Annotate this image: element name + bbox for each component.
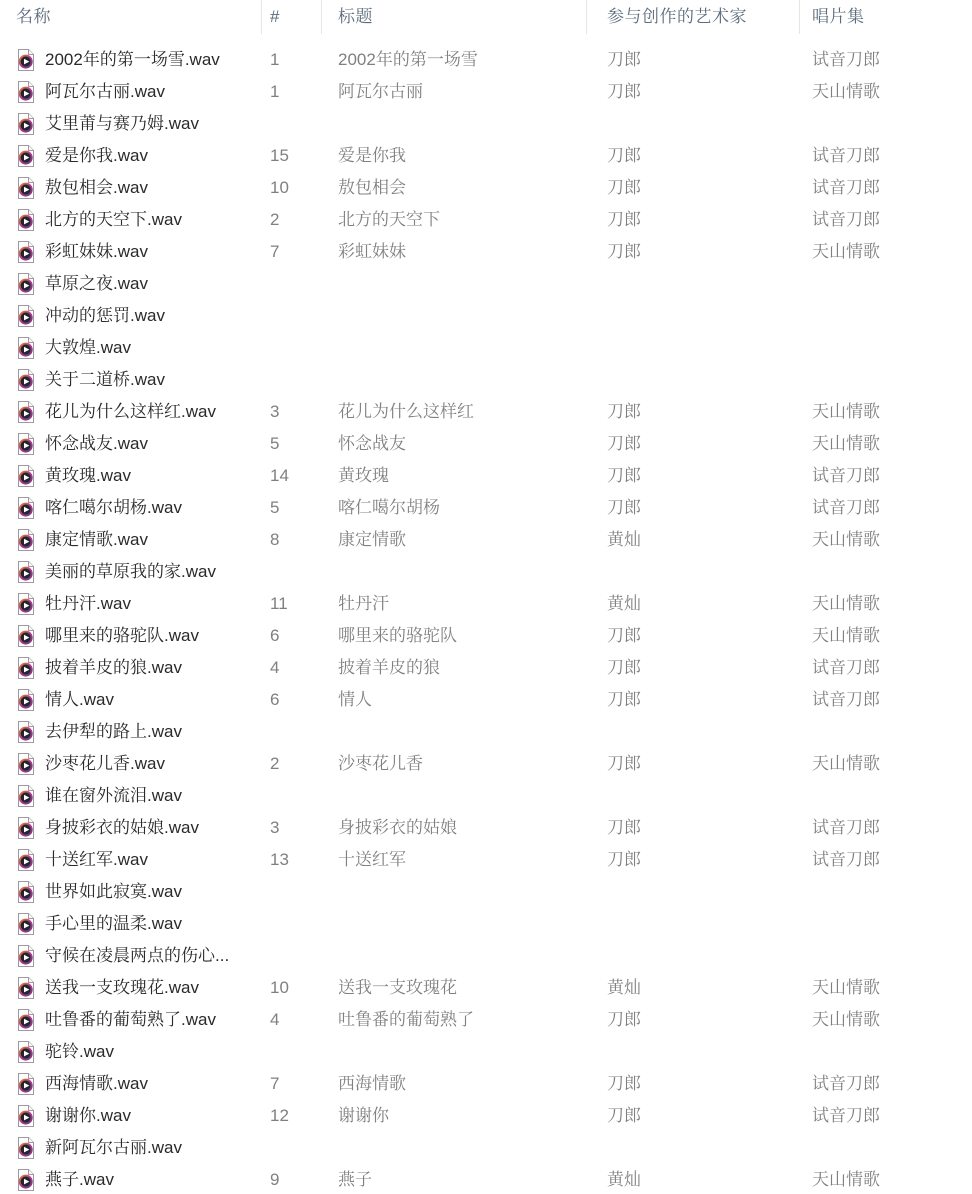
table-row[interactable]: 艾里莆与赛乃姆.wav	[0, 108, 972, 140]
song-album: 天山情歌	[800, 1164, 972, 1194]
song-artist	[587, 556, 800, 588]
song-title: 怀念战友	[322, 428, 587, 460]
song-artist	[587, 1036, 800, 1068]
song-album: 试音刀郎	[800, 1100, 972, 1132]
file-name: 十送红军.wav	[45, 844, 148, 876]
track-number: 5	[262, 492, 322, 524]
wav-audio-file-icon	[16, 304, 36, 328]
song-artist	[587, 268, 800, 300]
song-artist: 刀郎	[587, 396, 800, 428]
column-header-name[interactable]: 名称	[0, 0, 262, 34]
song-artist: 刀郎	[587, 812, 800, 844]
song-title: 喀仁噶尔胡杨	[322, 492, 587, 524]
table-row[interactable]: 吐鲁番的葡萄熟了.wav 4 吐鲁番的葡萄熟了 刀郎 天山情歌	[0, 1004, 972, 1036]
track-number: 10	[262, 172, 322, 204]
file-name: 燕子.wav	[45, 1164, 114, 1194]
track-number: 1	[262, 76, 322, 108]
file-name: 情人.wav	[45, 684, 114, 716]
track-number: 6	[262, 620, 322, 652]
song-title	[322, 876, 587, 908]
track-number	[262, 108, 322, 140]
track-number	[262, 364, 322, 396]
song-album: 试音刀郎	[800, 812, 972, 844]
table-row[interactable]: 喀仁噶尔胡杨.wav 5 喀仁噶尔胡杨 刀郎 试音刀郎	[0, 492, 972, 524]
song-artist	[587, 300, 800, 332]
song-artist	[587, 332, 800, 364]
song-title: 爱是你我	[322, 140, 587, 172]
file-name: 阿瓦尔古丽.wav	[45, 76, 165, 108]
track-number	[262, 908, 322, 940]
song-artist: 刀郎	[587, 428, 800, 460]
song-title: 送我一支玫瑰花	[322, 972, 587, 1004]
track-number: 2	[262, 748, 322, 780]
table-row[interactable]: 关于二道桥.wav	[0, 364, 972, 396]
track-number	[262, 780, 322, 812]
song-album	[800, 364, 972, 396]
song-album	[800, 332, 972, 364]
song-title: 黄玫瑰	[322, 460, 587, 492]
table-row[interactable]: 彩虹妹妹.wav 7 彩虹妹妹 刀郎 天山情歌	[0, 236, 972, 268]
song-artist: 刀郎	[587, 236, 800, 268]
song-title	[322, 1132, 587, 1164]
song-album: 试音刀郎	[800, 204, 972, 236]
file-name: 2002年的第一场雪.wav	[45, 44, 220, 76]
song-artist: 刀郎	[587, 620, 800, 652]
wav-audio-file-icon	[16, 688, 36, 712]
file-name: 新阿瓦尔古丽.wav	[45, 1132, 182, 1164]
file-name: 去伊犁的路上.wav	[45, 716, 182, 748]
table-row[interactable]: 大敦煌.wav	[0, 332, 972, 364]
song-title	[322, 1036, 587, 1068]
song-title: 哪里来的骆驼队	[322, 620, 587, 652]
song-artist: 黄灿	[587, 1164, 800, 1194]
file-name: 牡丹汗.wav	[45, 588, 131, 620]
song-album: 试音刀郎	[800, 652, 972, 684]
wav-audio-file-icon	[16, 560, 36, 584]
table-row[interactable]: 黄玫瑰.wav 14 黄玫瑰 刀郎 试音刀郎	[0, 460, 972, 492]
file-name: 敖包相会.wav	[45, 172, 148, 204]
track-number	[262, 716, 322, 748]
song-title: 情人	[322, 684, 587, 716]
song-artist	[587, 364, 800, 396]
track-number	[262, 1132, 322, 1164]
file-name: 冲动的惩罚.wav	[45, 300, 165, 332]
track-number: 8	[262, 524, 322, 556]
table-row[interactable]: 新阿瓦尔古丽.wav	[0, 1132, 972, 1164]
song-album	[800, 1132, 972, 1164]
file-name: 北方的天空下.wav	[45, 204, 182, 236]
file-name: 吐鲁番的葡萄熟了.wav	[45, 1004, 216, 1036]
song-artist	[587, 108, 800, 140]
table-row[interactable]: 草原之夜.wav	[0, 268, 972, 300]
table-row[interactable]: 送我一支玫瑰花.wav 10 送我一支玫瑰花 黄灿 天山情歌	[0, 972, 972, 1004]
song-album	[800, 556, 972, 588]
track-number	[262, 300, 322, 332]
wav-audio-file-icon	[16, 400, 36, 424]
song-title	[322, 300, 587, 332]
song-title	[322, 332, 587, 364]
wav-audio-file-icon	[16, 496, 36, 520]
song-artist	[587, 908, 800, 940]
wav-audio-file-icon	[16, 1040, 36, 1064]
file-name: 驼铃.wav	[45, 1036, 114, 1068]
file-name: 西海情歌.wav	[45, 1068, 148, 1100]
wav-audio-file-icon	[16, 1168, 36, 1192]
table-row[interactable]: 怀念战友.wav 5 怀念战友 刀郎 天山情歌	[0, 428, 972, 460]
song-artist: 黄灿	[587, 588, 800, 620]
column-header-album[interactable]: 唱片集	[800, 0, 972, 34]
song-artist: 刀郎	[587, 140, 800, 172]
wav-audio-file-icon	[16, 848, 36, 872]
table-row[interactable]: 康定情歌.wav 8 康定情歌 黄灿 天山情歌	[0, 524, 972, 556]
song-album: 天山情歌	[800, 972, 972, 1004]
song-artist: 刀郎	[587, 44, 800, 76]
wav-audio-file-icon	[16, 144, 36, 168]
table-row[interactable]: 十送红军.wav 13 十送红军 刀郎 试音刀郎	[0, 844, 972, 876]
column-header-track[interactable]: #	[262, 0, 322, 34]
song-artist	[587, 716, 800, 748]
song-album: 试音刀郎	[800, 844, 972, 876]
track-number: 10	[262, 972, 322, 1004]
wav-audio-file-icon	[16, 368, 36, 392]
song-title: 身披彩衣的姑娘	[322, 812, 587, 844]
file-rows: 2002年的第一场雪.wav 1 2002年的第一场雪 刀郎 试音刀郎	[0, 44, 972, 1194]
wav-audio-file-icon	[16, 1136, 36, 1160]
song-title	[322, 780, 587, 812]
wav-audio-file-icon	[16, 80, 36, 104]
song-album: 天山情歌	[800, 396, 972, 428]
file-name: 送我一支玫瑰花.wav	[45, 972, 199, 1004]
song-artist: 刀郎	[587, 1068, 800, 1100]
table-row[interactable]: 牡丹汗.wav 11 牡丹汗 黄灿 天山情歌	[0, 588, 972, 620]
song-album	[800, 300, 972, 332]
song-album: 试音刀郎	[800, 460, 972, 492]
song-album: 试音刀郎	[800, 492, 972, 524]
table-row[interactable]: 西海情歌.wav 7 西海情歌 刀郎 试音刀郎	[0, 1068, 972, 1100]
file-name: 花儿为什么这样红.wav	[45, 396, 216, 428]
track-number: 13	[262, 844, 322, 876]
song-title	[322, 716, 587, 748]
table-row[interactable]: 美丽的草原我的家.wav	[0, 556, 972, 588]
song-title	[322, 268, 587, 300]
song-title	[322, 908, 587, 940]
table-row[interactable]: 谢谢你.wav 12 谢谢你 刀郎 试音刀郎	[0, 1100, 972, 1132]
file-name: 黄玫瑰.wav	[45, 460, 131, 492]
file-name: 彩虹妹妹.wav	[45, 236, 148, 268]
table-row[interactable]: 披着羊皮的狼.wav 4 披着羊皮的狼 刀郎 试音刀郎	[0, 652, 972, 684]
file-name: 哪里来的骆驼队.wav	[45, 620, 199, 652]
table-row[interactable]: 阿瓦尔古丽.wav 1 阿瓦尔古丽 刀郎 天山情歌	[0, 76, 972, 108]
track-number: 12	[262, 1100, 322, 1132]
song-artist: 黄灿	[587, 524, 800, 556]
song-album: 天山情歌	[800, 588, 972, 620]
wav-audio-file-icon	[16, 1008, 36, 1032]
song-album: 天山情歌	[800, 524, 972, 556]
track-number: 6	[262, 684, 322, 716]
wav-audio-file-icon	[16, 752, 36, 776]
track-number: 11	[262, 588, 322, 620]
song-artist: 黄灿	[587, 972, 800, 1004]
wav-audio-file-icon	[16, 944, 36, 968]
song-album	[800, 908, 972, 940]
song-album: 试音刀郎	[800, 172, 972, 204]
wav-audio-file-icon	[16, 720, 36, 744]
track-number	[262, 940, 322, 972]
file-name: 身披彩衣的姑娘.wav	[45, 812, 199, 844]
track-number: 2	[262, 204, 322, 236]
song-artist: 刀郎	[587, 172, 800, 204]
wav-audio-file-icon	[16, 464, 36, 488]
wav-audio-file-icon	[16, 528, 36, 552]
wav-audio-file-icon	[16, 432, 36, 456]
file-name: 关于二道桥.wav	[45, 364, 165, 396]
table-row[interactable]: 情人.wav 6 情人 刀郎 试音刀郎	[0, 684, 972, 716]
track-number: 5	[262, 428, 322, 460]
wav-audio-file-icon	[16, 624, 36, 648]
table-row[interactable]: 敖包相会.wav 10 敖包相会 刀郎 试音刀郎	[0, 172, 972, 204]
table-row[interactable]: 谁在窗外流泪.wav	[0, 780, 972, 812]
file-name: 大敦煌.wav	[45, 332, 131, 364]
song-artist: 刀郎	[587, 492, 800, 524]
song-artist	[587, 780, 800, 812]
song-artist: 刀郎	[587, 1004, 800, 1036]
file-name: 怀念战友.wav	[45, 428, 148, 460]
song-title	[322, 940, 587, 972]
song-title	[322, 364, 587, 396]
song-artist	[587, 876, 800, 908]
table-row[interactable]: 爱是你我.wav 15 爱是你我 刀郎 试音刀郎	[0, 140, 972, 172]
song-album: 试音刀郎	[800, 1068, 972, 1100]
table-row[interactable]: 花儿为什么这样红.wav 3 花儿为什么这样红 刀郎 天山情歌	[0, 396, 972, 428]
file-name: 谁在窗外流泪.wav	[45, 780, 182, 812]
file-name: 谢谢你.wav	[45, 1100, 131, 1132]
wav-audio-file-icon	[16, 208, 36, 232]
song-artist: 刀郎	[587, 76, 800, 108]
table-row[interactable]: 世界如此寂寞.wav	[0, 876, 972, 908]
song-album: 天山情歌	[800, 76, 972, 108]
track-number	[262, 332, 322, 364]
song-artist: 刀郎	[587, 204, 800, 236]
song-title: 2002年的第一场雪	[322, 44, 587, 76]
track-number	[262, 1036, 322, 1068]
wav-audio-file-icon	[16, 880, 36, 904]
song-artist: 刀郎	[587, 1100, 800, 1132]
song-album	[800, 940, 972, 972]
file-name: 康定情歌.wav	[45, 524, 148, 556]
table-row[interactable]: 去伊犁的路上.wav	[0, 716, 972, 748]
table-row[interactable]: 冲动的惩罚.wav	[0, 300, 972, 332]
wav-audio-file-icon	[16, 112, 36, 136]
wav-audio-file-icon	[16, 48, 36, 72]
table-row[interactable]: 驼铃.wav	[0, 1036, 972, 1068]
track-number: 7	[262, 1068, 322, 1100]
track-number: 1	[262, 44, 322, 76]
song-album	[800, 268, 972, 300]
column-header-title[interactable]: 标题	[322, 0, 587, 34]
song-title: 十送红军	[322, 844, 587, 876]
song-album: 试音刀郎	[800, 44, 972, 76]
song-album: 天山情歌	[800, 428, 972, 460]
song-title	[322, 556, 587, 588]
column-headers: 名称 # 标题 参与创作的艺术家 唱片集	[0, 0, 972, 34]
table-row[interactable]: 北方的天空下.wav 2 北方的天空下 刀郎 试音刀郎	[0, 204, 972, 236]
song-album: 天山情歌	[800, 1004, 972, 1036]
song-artist: 刀郎	[587, 652, 800, 684]
file-name: 喀仁噶尔胡杨.wav	[45, 492, 182, 524]
wav-audio-file-icon	[16, 816, 36, 840]
file-name: 草原之夜.wav	[45, 268, 148, 300]
table-row[interactable]: 2002年的第一场雪.wav 1 2002年的第一场雪 刀郎 试音刀郎	[0, 44, 972, 76]
wav-audio-file-icon	[16, 912, 36, 936]
table-row[interactable]: 沙枣花儿香.wav 2 沙枣花儿香 刀郎 天山情歌	[0, 748, 972, 780]
wav-audio-file-icon	[16, 784, 36, 808]
song-artist	[587, 940, 800, 972]
file-name: 守候在凌晨两点的伤心...	[45, 940, 229, 972]
track-number: 14	[262, 460, 322, 492]
song-title: 吐鲁番的葡萄熟了	[322, 1004, 587, 1036]
file-name: 世界如此寂寞.wav	[45, 876, 182, 908]
file-name: 披着羊皮的狼.wav	[45, 652, 182, 684]
file-name: 艾里莆与赛乃姆.wav	[45, 108, 199, 140]
song-artist: 刀郎	[587, 844, 800, 876]
track-number: 9	[262, 1164, 322, 1194]
song-title: 花儿为什么这样红	[322, 396, 587, 428]
track-number	[262, 556, 322, 588]
song-artist: 刀郎	[587, 748, 800, 780]
file-name: 沙枣花儿香.wav	[45, 748, 165, 780]
file-name: 手心里的温柔.wav	[45, 908, 182, 940]
wav-audio-file-icon	[16, 1072, 36, 1096]
file-list-view: 名称 # 标题 参与创作的艺术家 唱片集	[0, 0, 972, 1194]
track-number: 3	[262, 396, 322, 428]
track-number: 4	[262, 1004, 322, 1036]
song-album: 试音刀郎	[800, 684, 972, 716]
wav-audio-file-icon	[16, 272, 36, 296]
wav-audio-file-icon	[16, 336, 36, 360]
file-name: 爱是你我.wav	[45, 140, 148, 172]
song-artist	[587, 1132, 800, 1164]
song-album	[800, 108, 972, 140]
song-album	[800, 716, 972, 748]
song-album: 天山情歌	[800, 236, 972, 268]
table-row[interactable]: 身披彩衣的姑娘.wav 3 身披彩衣的姑娘 刀郎 试音刀郎	[0, 812, 972, 844]
table-row[interactable]: 守候在凌晨两点的伤心...	[0, 940, 972, 972]
song-title: 敖包相会	[322, 172, 587, 204]
song-title: 彩虹妹妹	[322, 236, 587, 268]
song-album: 试音刀郎	[800, 140, 972, 172]
wav-audio-file-icon	[16, 240, 36, 264]
track-number	[262, 876, 322, 908]
track-number: 3	[262, 812, 322, 844]
wav-audio-file-icon	[16, 976, 36, 1000]
song-album	[800, 780, 972, 812]
song-title: 披着羊皮的狼	[322, 652, 587, 684]
table-row[interactable]: 燕子.wav 9 燕子 黄灿 天山情歌	[0, 1164, 972, 1194]
track-number	[262, 268, 322, 300]
song-artist: 刀郎	[587, 684, 800, 716]
song-album	[800, 876, 972, 908]
wav-audio-file-icon	[16, 176, 36, 200]
track-number: 4	[262, 652, 322, 684]
song-album: 天山情歌	[800, 620, 972, 652]
wav-audio-file-icon	[16, 1104, 36, 1128]
wav-audio-file-icon	[16, 592, 36, 616]
song-title: 阿瓦尔古丽	[322, 76, 587, 108]
table-row[interactable]: 哪里来的骆驼队.wav 6 哪里来的骆驼队 刀郎 天山情歌	[0, 620, 972, 652]
song-artist: 刀郎	[587, 460, 800, 492]
wav-audio-file-icon	[16, 656, 36, 680]
song-title	[322, 108, 587, 140]
song-title: 北方的天空下	[322, 204, 587, 236]
song-title: 牡丹汗	[322, 588, 587, 620]
song-album	[800, 1036, 972, 1068]
song-title: 沙枣花儿香	[322, 748, 587, 780]
song-title: 康定情歌	[322, 524, 587, 556]
column-header-artist[interactable]: 参与创作的艺术家	[587, 0, 800, 34]
track-number: 7	[262, 236, 322, 268]
song-title: 谢谢你	[322, 1100, 587, 1132]
table-row[interactable]: 手心里的温柔.wav	[0, 908, 972, 940]
file-name: 美丽的草原我的家.wav	[45, 556, 216, 588]
song-title: 西海情歌	[322, 1068, 587, 1100]
track-number: 15	[262, 140, 322, 172]
song-album: 天山情歌	[800, 748, 972, 780]
song-title: 燕子	[322, 1164, 587, 1194]
